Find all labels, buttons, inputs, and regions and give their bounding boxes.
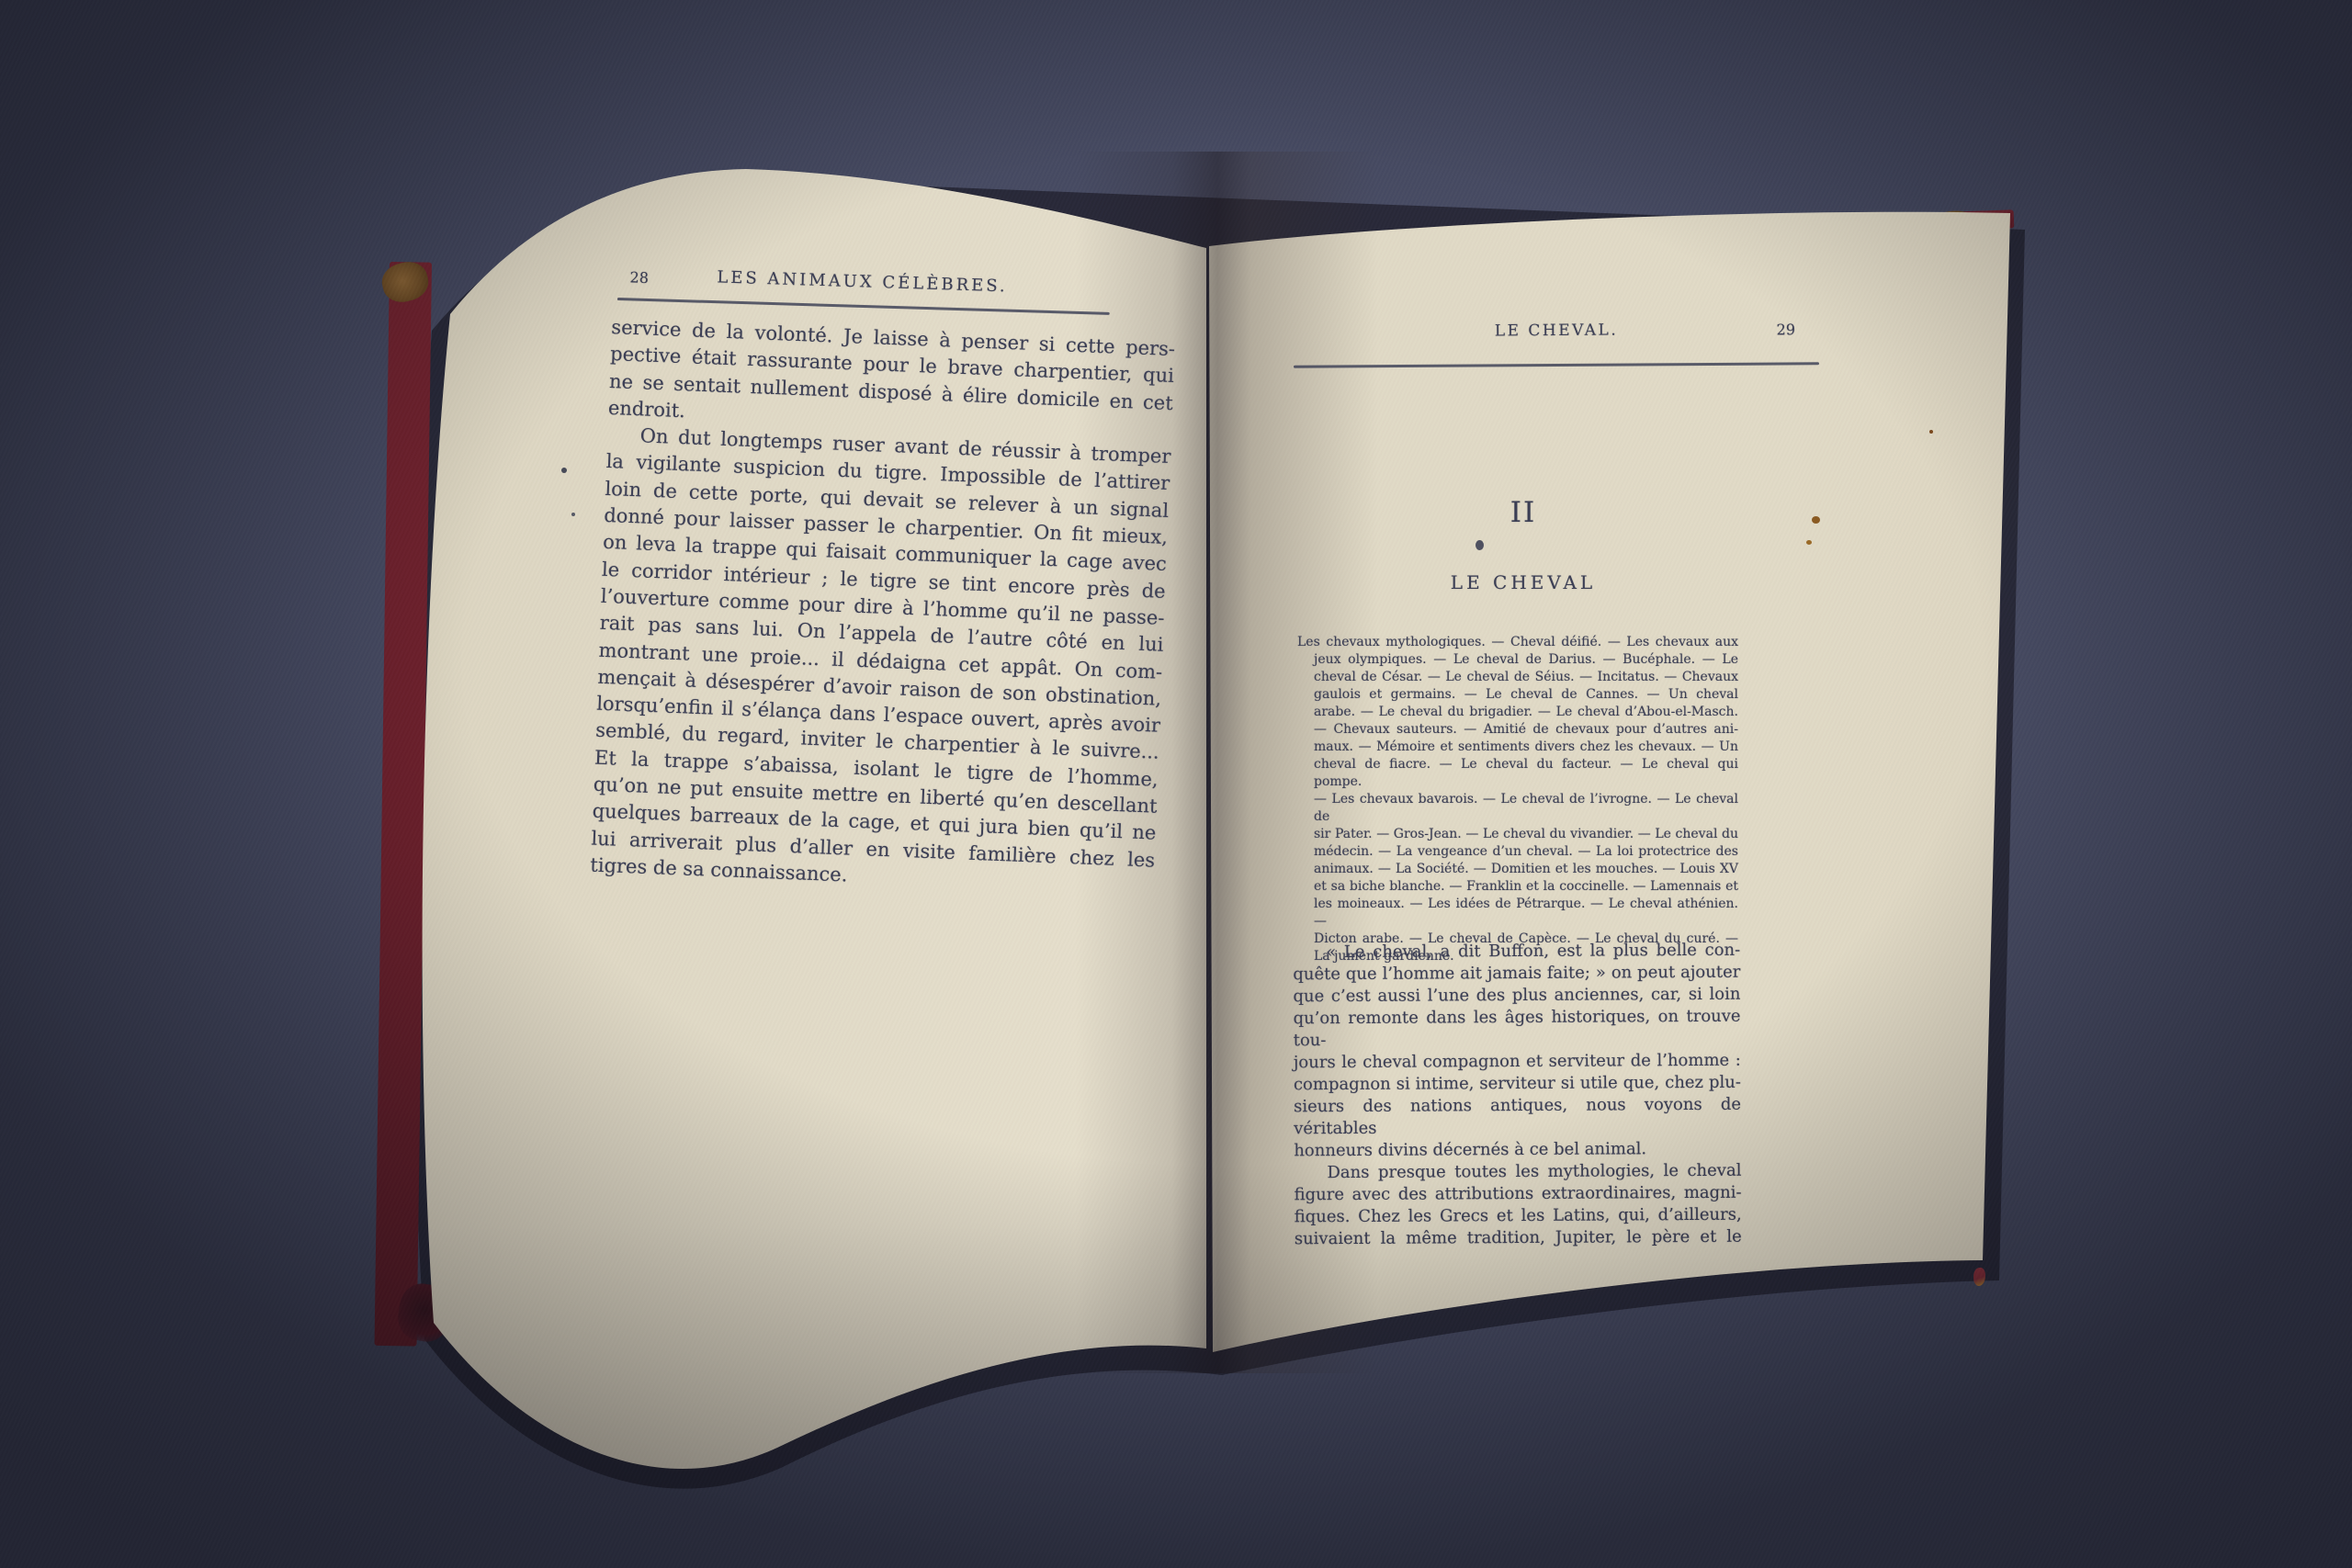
text-line: « Le cheval, a dit Buffon, est la plus b… bbox=[1293, 940, 1740, 964]
foxing-spot bbox=[1812, 516, 1820, 524]
summary-line: arabe. — Le cheval du brigadier. — Le ch… bbox=[1297, 704, 1738, 721]
text-line: suivaient la même tradition, Jupiter, le… bbox=[1295, 1226, 1742, 1251]
summary-line: cheval de César. — Le cheval de Séius. —… bbox=[1297, 669, 1738, 686]
summary-line: gaulois et germains. — Le cheval de Cann… bbox=[1297, 686, 1738, 704]
text-line: que c’est aussi l’une des plus anciennes… bbox=[1293, 984, 1740, 1009]
summary-line: animaux. — La Société. — Domitien et les… bbox=[1297, 861, 1738, 878]
chapter-number: II bbox=[1294, 496, 1753, 529]
text-line: Dans presque toutes les mythologies, le … bbox=[1294, 1160, 1741, 1185]
text-line: quête que l’homme ait jamais faite; » on… bbox=[1293, 962, 1740, 987]
paragraph: On dut longtemps ruser avant de réussir … bbox=[590, 422, 1171, 901]
summary-line: — Les chevaux bavarois. — Le cheval de l… bbox=[1297, 791, 1738, 826]
summary-line: cheval de fiacre. — Le cheval du facteur… bbox=[1297, 756, 1738, 791]
text-line: sieurs des nations antiques, nous voyons… bbox=[1294, 1094, 1741, 1141]
text-line: figure avec des attributions extraordina… bbox=[1295, 1182, 1742, 1207]
right-running-title: LE CHEVAL. bbox=[1294, 320, 1819, 342]
text-line: jours le cheval compagnon et serviteur d… bbox=[1294, 1050, 1741, 1075]
summary-line: sir Pater. — Gros-Jean. — Le cheval du v… bbox=[1297, 826, 1738, 843]
right-page-body: « Le cheval, a dit Buffon, est la plus b… bbox=[1293, 940, 1742, 1251]
summary-line: maux. — Mémoire et sentiments divers che… bbox=[1297, 739, 1738, 756]
chapter-argument: Les chevaux mythologiques. — Cheval déif… bbox=[1297, 634, 1738, 965]
summary-line: Les chevaux mythologiques. — Cheval déif… bbox=[1297, 634, 1738, 651]
summary-line: jeux olympiques. — Le cheval de Darius. … bbox=[1297, 651, 1738, 669]
paper-fleck bbox=[561, 468, 567, 473]
photo-backdrop: 28 LES ANIMAUX CÉLÈBRES. service de la v… bbox=[0, 0, 2352, 1568]
chapter-title: LE CHEVAL bbox=[1294, 571, 1753, 593]
text-line: compagnon si intime, serviteur si utile … bbox=[1294, 1072, 1741, 1097]
summary-line: les moineaux. — Les idées de Pétrarque. … bbox=[1297, 896, 1738, 931]
summary-line: — Chevaux sauteurs. — Amitié de chevaux … bbox=[1297, 721, 1738, 739]
foxing-spot bbox=[1929, 430, 1933, 434]
text-line: honneurs divins décernés à ce bel animal… bbox=[1294, 1138, 1741, 1163]
foxing-spot bbox=[1806, 540, 1812, 545]
frayed-corner-bottom-right bbox=[1973, 1268, 1985, 1286]
right-running-header: LE CHEVAL. 29 bbox=[1294, 320, 1819, 342]
paragraph: « Le cheval, a dit Buffon, est la plus b… bbox=[1293, 940, 1741, 1163]
left-page-body: service de la volonté. Je laisse à pense… bbox=[590, 314, 1176, 901]
right-page-number: 29 bbox=[1777, 321, 1795, 338]
summary-line: et sa biche blanche. — Franklin et la co… bbox=[1297, 878, 1738, 896]
summary-line: médecin. — La vengeance d’un cheval. — L… bbox=[1297, 843, 1738, 861]
paragraph: Dans presque toutes les mythologies, le … bbox=[1294, 1160, 1741, 1251]
left-page-number: 28 bbox=[629, 268, 649, 287]
ink-spot bbox=[1476, 540, 1484, 550]
text-line: fiques. Chez les Grecs et les Latins, qu… bbox=[1295, 1204, 1742, 1229]
text-line: qu’on remonte dans les âges historiques,… bbox=[1294, 1006, 1741, 1053]
paper-fleck bbox=[571, 513, 575, 516]
